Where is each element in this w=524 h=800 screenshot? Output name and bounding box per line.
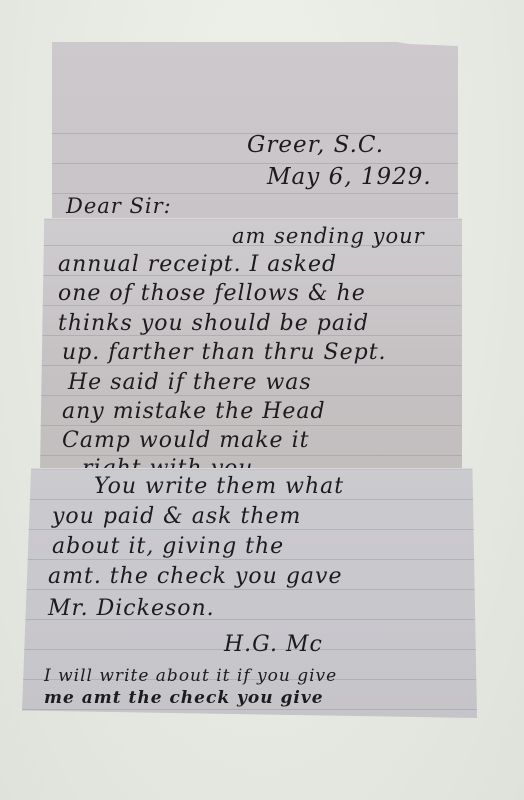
- body-line: annual receipt. I asked: [58, 254, 337, 276]
- letter-top-panel: Greer, S.C. May 6, 1929. Dear Sir:: [52, 42, 458, 220]
- letter-date: May 6, 1929.: [267, 166, 432, 189]
- postscript-line: me amt the check you give: [44, 690, 324, 707]
- body-line: any mistake the Head: [62, 401, 326, 423]
- signature: H.G. Mc: [224, 634, 323, 656]
- body-line: Mr. Dickeson.: [48, 598, 215, 620]
- letter-middle-panel: am sending your annual receipt. I asked …: [40, 218, 462, 470]
- letter-salutation: Dear Sir:: [66, 196, 172, 217]
- letter-bottom-panel: You write them what you paid & ask them …: [22, 468, 477, 718]
- letter-place: Greer, S.C.: [247, 134, 384, 157]
- body-line: thinks you should be paid: [58, 313, 369, 335]
- body-line: You write them what: [94, 476, 344, 498]
- body-line: up. farther than thru Sept.: [62, 342, 387, 364]
- postscript-line: I will write about it if you give: [44, 668, 337, 685]
- body-line: you paid & ask them: [52, 506, 301, 528]
- letter-photo: Greer, S.C. May 6, 1929. Dear Sir: am se…: [0, 0, 524, 800]
- body-line: He said if there was: [68, 372, 312, 394]
- body-line: am sending your: [232, 226, 425, 247]
- body-line: Camp would make it: [62, 430, 309, 452]
- body-line: about it, giving the: [52, 536, 284, 558]
- body-line: one of those fellows & he: [58, 283, 366, 305]
- body-line: amt. the check you gave: [48, 566, 342, 588]
